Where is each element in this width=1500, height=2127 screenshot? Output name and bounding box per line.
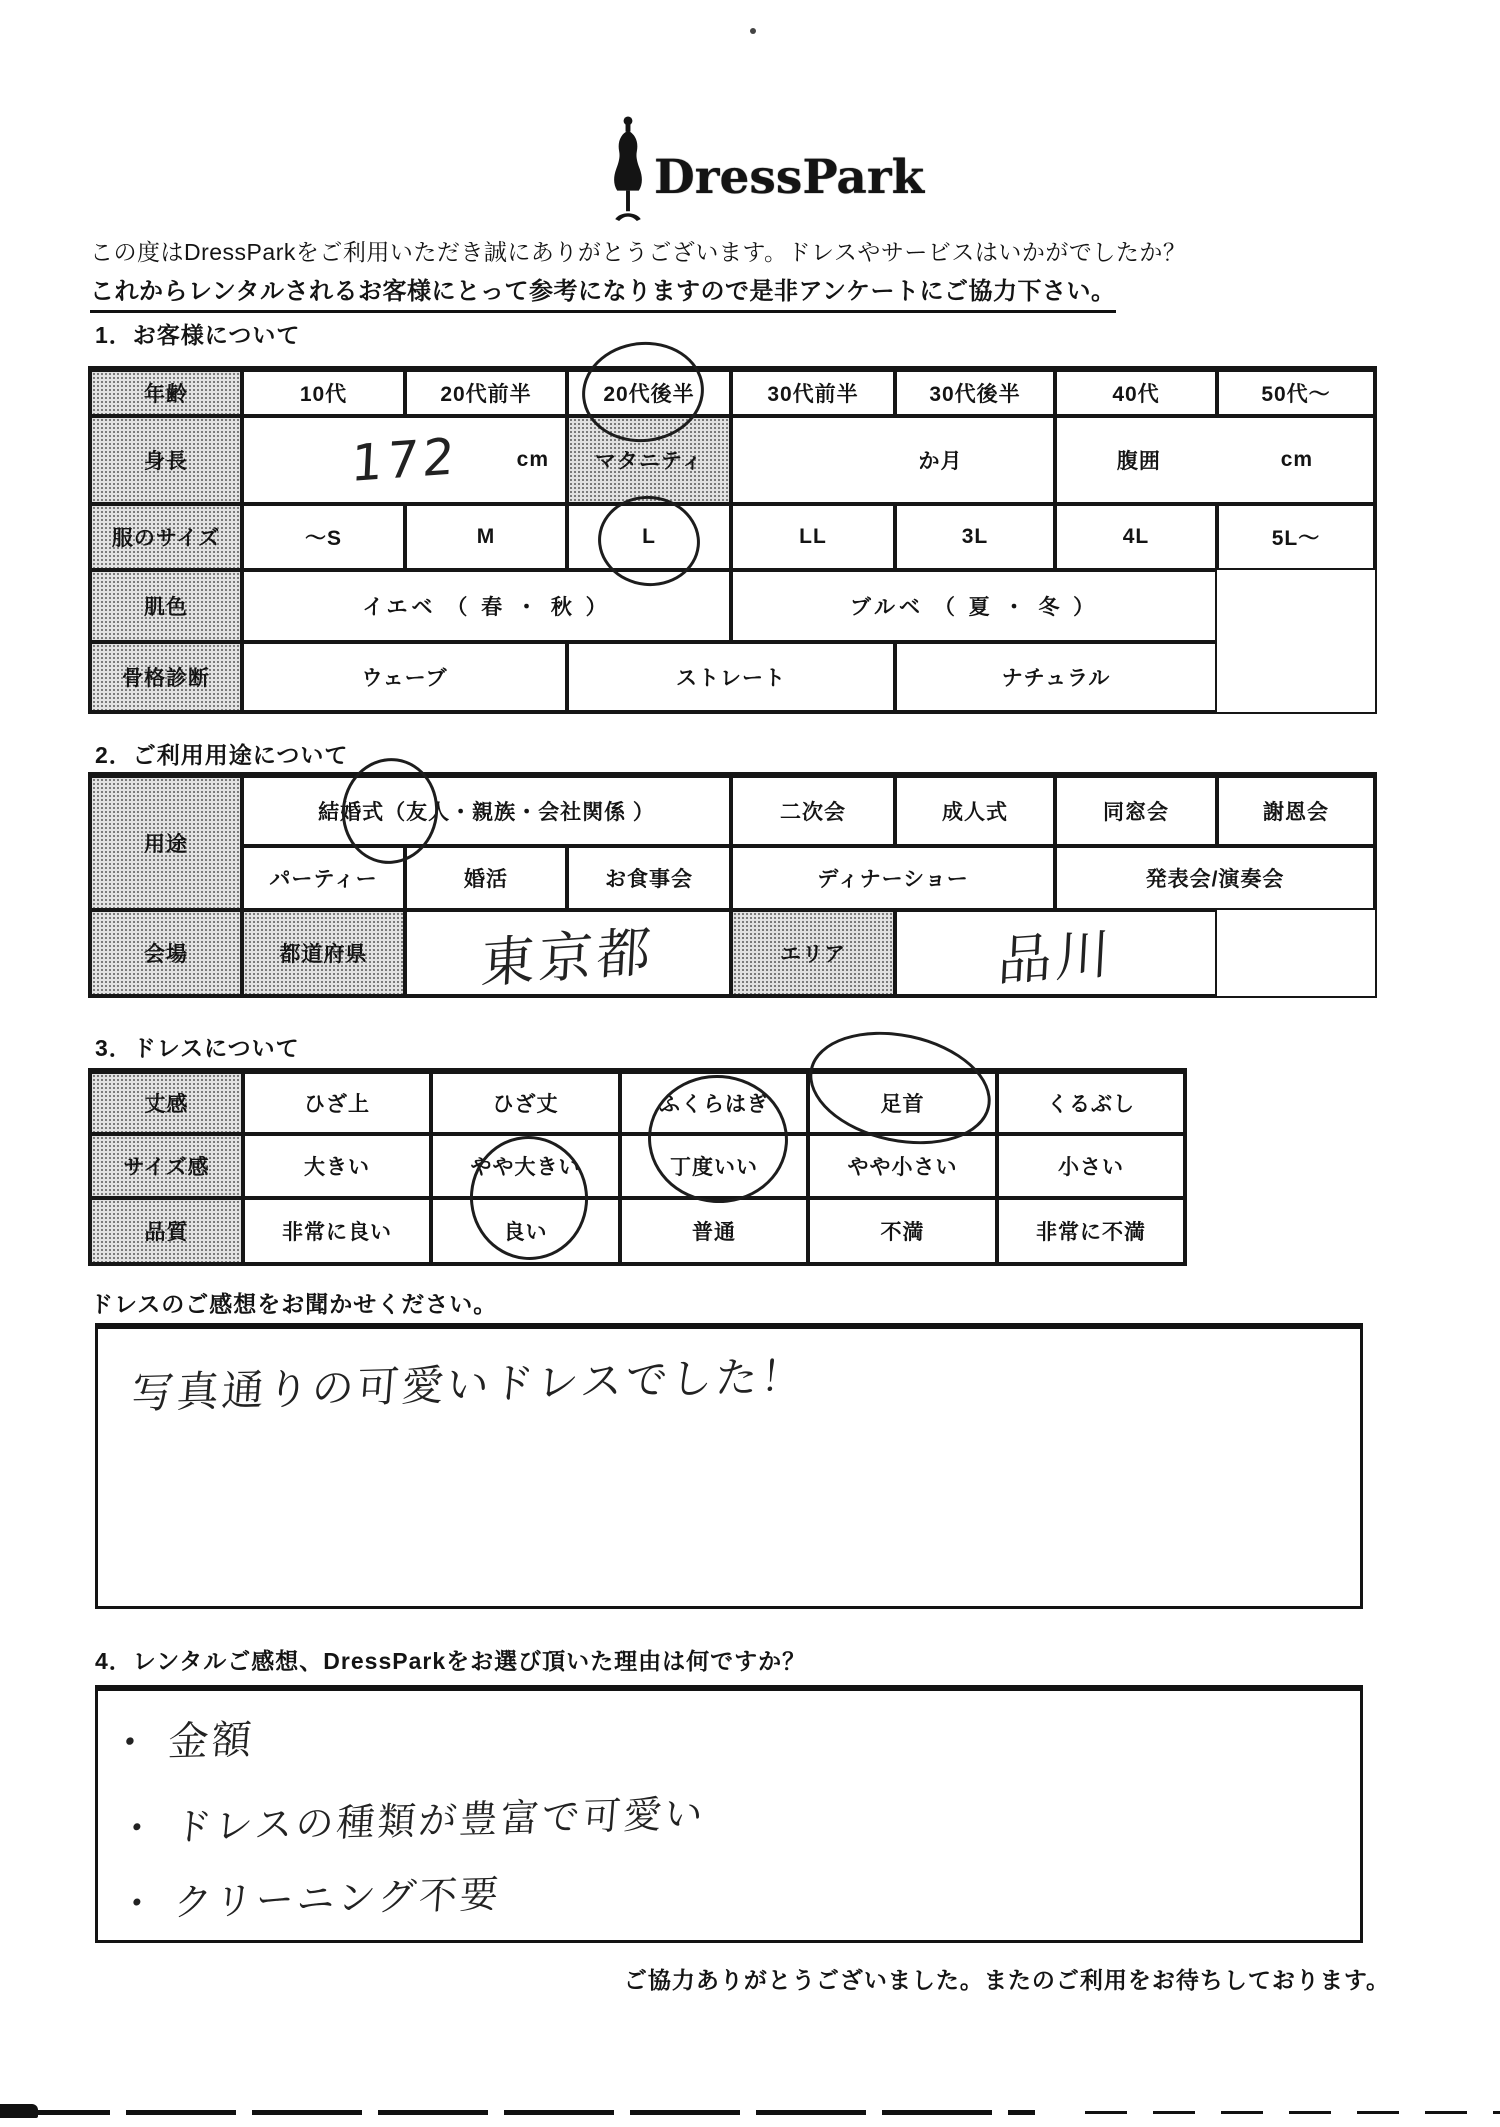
- age-option-early30s[interactable]: 30代前半: [731, 370, 895, 416]
- purpose-option-dinnershow[interactable]: ディナーショー: [731, 846, 1055, 910]
- age-option-40s[interactable]: 40代: [1055, 370, 1217, 416]
- height-value-field[interactable]: 172 cm: [242, 416, 567, 504]
- age-option-50s[interactable]: 50代～: [1217, 370, 1375, 416]
- maternity-label: マタニティ: [567, 416, 731, 504]
- purpose-option-recital[interactable]: 発表会/演奏会: [1055, 846, 1375, 910]
- intro-line-2: これからレンタルされるお客様にとって参考になりますので是非アンケートにご協力下さ…: [90, 271, 1116, 313]
- wedding-circled-option: 友人: [406, 796, 450, 826]
- length-option-above-knee[interactable]: ひざ上: [243, 1072, 431, 1134]
- section2-title: 2．ご利用用途について: [95, 737, 348, 770]
- scan-artifact-line: [0, 2110, 1035, 2115]
- frame-option-natural[interactable]: ナチュラル: [895, 642, 1217, 712]
- scan-artifact-line-dashes: [1085, 2111, 1500, 2114]
- brand-name: DressPark: [654, 150, 924, 205]
- purpose-option-thanks-party[interactable]: 謝恩会: [1217, 776, 1375, 846]
- fit-option-big[interactable]: 大きい: [243, 1134, 431, 1198]
- height-unit-label: cm: [517, 448, 549, 472]
- wedding-suffix: ・親族・会社関係 ）: [450, 796, 655, 826]
- quality-option-unsatisfied[interactable]: 不満: [808, 1198, 997, 1264]
- dress-table: 丈感 ひざ上 ひざ丈 ふくらはぎ 足首 くるぶし サイズ感 大きい やや大きい …: [88, 1068, 1187, 1266]
- height-row-label: 身長: [90, 416, 242, 504]
- scan-artifact-corner: [0, 2104, 38, 2118]
- purpose-row-label: 用途: [90, 776, 242, 910]
- area-field[interactable]: 品川: [895, 910, 1217, 996]
- purpose-option-afterparty[interactable]: 二次会: [731, 776, 895, 846]
- age-option-early20s[interactable]: 20代前半: [405, 370, 567, 416]
- purpose-option-konkatsu[interactable]: 婚活: [405, 846, 567, 910]
- purpose-option-wedding[interactable]: 結婚式（ 友人 ・親族・会社関係 ）: [242, 776, 731, 846]
- area-handwritten: 品川: [996, 910, 1116, 996]
- fit-option-slightly-big[interactable]: やや大きい: [431, 1134, 620, 1198]
- area-label: エリア: [731, 910, 895, 996]
- fit-row-label: サイズ感: [90, 1134, 243, 1198]
- fit-option-just-right[interactable]: 丁度いい: [620, 1134, 808, 1198]
- dress-form-icon: [608, 116, 648, 224]
- size-option-5l[interactable]: 5L～: [1217, 504, 1375, 570]
- waist-field[interactable]: 腹囲 cm: [1055, 416, 1375, 504]
- survey-page: DressPark この度はDressParkをご利用いただき誠にありがとうござ…: [0, 0, 1500, 2127]
- skin-option-yellow-base[interactable]: イエベ （ 春 ・ 秋 ）: [242, 570, 731, 642]
- prefecture-handwritten: 東京都: [479, 908, 657, 998]
- prefecture-label: 都道府県: [242, 910, 405, 996]
- scan-speck: [750, 28, 756, 34]
- quality-option-normal[interactable]: 普通: [620, 1198, 808, 1264]
- length-option-calf[interactable]: ふくらはぎ: [620, 1072, 808, 1134]
- usage-table: 用途 結婚式（ 友人 ・親族・会社関係 ） 二次会 成人式 同窓会 謝恩会 パー…: [88, 772, 1377, 998]
- impressions-prompt: ドレスのご感想をお聞かせください。: [90, 1286, 497, 1319]
- logo: DressPark: [608, 116, 924, 224]
- section1-title: 1．お客様について: [95, 317, 300, 350]
- maternity-months-field[interactable]: か月: [731, 416, 1055, 504]
- intro-line-1: この度はDressParkをご利用いただき誠にありがとうございます。ドレスやサー…: [90, 234, 1186, 267]
- purpose-option-reunion[interactable]: 同窓会: [1055, 776, 1217, 846]
- length-row-label: 丈感: [90, 1072, 243, 1134]
- purpose-option-dinner[interactable]: お食事会: [567, 846, 731, 910]
- fit-option-slightly-small[interactable]: やや小さい: [808, 1134, 997, 1198]
- size-option-s[interactable]: ～S: [242, 504, 405, 570]
- section3-title: 3．ドレスについて: [95, 1030, 300, 1063]
- venue-row-label: 会場: [90, 910, 242, 996]
- length-option-anklebone[interactable]: くるぶし: [997, 1072, 1185, 1134]
- reason-item-3: ・ クリーニング不要: [116, 1863, 504, 1928]
- size-option-3l[interactable]: 3L: [895, 504, 1055, 570]
- size-option-m[interactable]: M: [405, 504, 567, 570]
- waist-label: 腹囲: [1117, 445, 1161, 475]
- reason-item-1: ・ 金額: [108, 1708, 257, 1769]
- fit-option-small[interactable]: 小さい: [997, 1134, 1185, 1198]
- age-option-10s[interactable]: 10代: [242, 370, 405, 416]
- length-option-knee[interactable]: ひざ丈: [431, 1072, 620, 1134]
- wedding-prefix: 結婚式（: [318, 796, 406, 826]
- size-option-ll[interactable]: LL: [731, 504, 895, 570]
- purpose-option-party[interactable]: パーティー: [242, 846, 405, 910]
- frame-option-wave[interactable]: ウェーブ: [242, 642, 567, 712]
- frame-option-straight[interactable]: ストレート: [567, 642, 895, 712]
- footer-thanks: ご協力ありがとうございました。またのご利用をお待ちしております。: [0, 1962, 1390, 1995]
- length-option-ankle[interactable]: 足首: [808, 1072, 997, 1134]
- waist-unit-label: cm: [1281, 448, 1313, 472]
- size-option-4l[interactable]: 4L: [1055, 504, 1217, 570]
- quality-option-very-unsatisfied[interactable]: 非常に不満: [997, 1198, 1185, 1264]
- frame-row-label: 骨格診断: [90, 642, 242, 712]
- age-option-late20s[interactable]: 20代後半: [567, 370, 731, 416]
- quality-option-good[interactable]: 良い: [431, 1198, 620, 1264]
- purpose-option-coming-of-age[interactable]: 成人式: [895, 776, 1055, 846]
- quality-option-very-good[interactable]: 非常に良い: [243, 1198, 431, 1264]
- customer-table: 年齢 10代 20代前半 20代後半 30代前半 30代後半 40代 50代～ …: [88, 366, 1377, 714]
- quality-row-label: 品質: [90, 1198, 243, 1264]
- skin-option-blue-base[interactable]: ブルベ （ 夏 ・ 冬 ）: [731, 570, 1217, 642]
- age-option-late30s[interactable]: 30代後半: [895, 370, 1055, 416]
- skin-row-label: 肌色: [90, 570, 242, 642]
- section4-title: 4．レンタルご感想、DressParkをお選び頂いた理由は何ですか？: [95, 1643, 806, 1676]
- size-option-l[interactable]: L: [567, 504, 731, 570]
- age-row-label: 年齢: [90, 370, 242, 416]
- size-row-label: 服のサイズ: [90, 504, 242, 570]
- height-value-handwritten: 172: [349, 427, 459, 493]
- prefecture-field[interactable]: 東京都: [405, 910, 731, 996]
